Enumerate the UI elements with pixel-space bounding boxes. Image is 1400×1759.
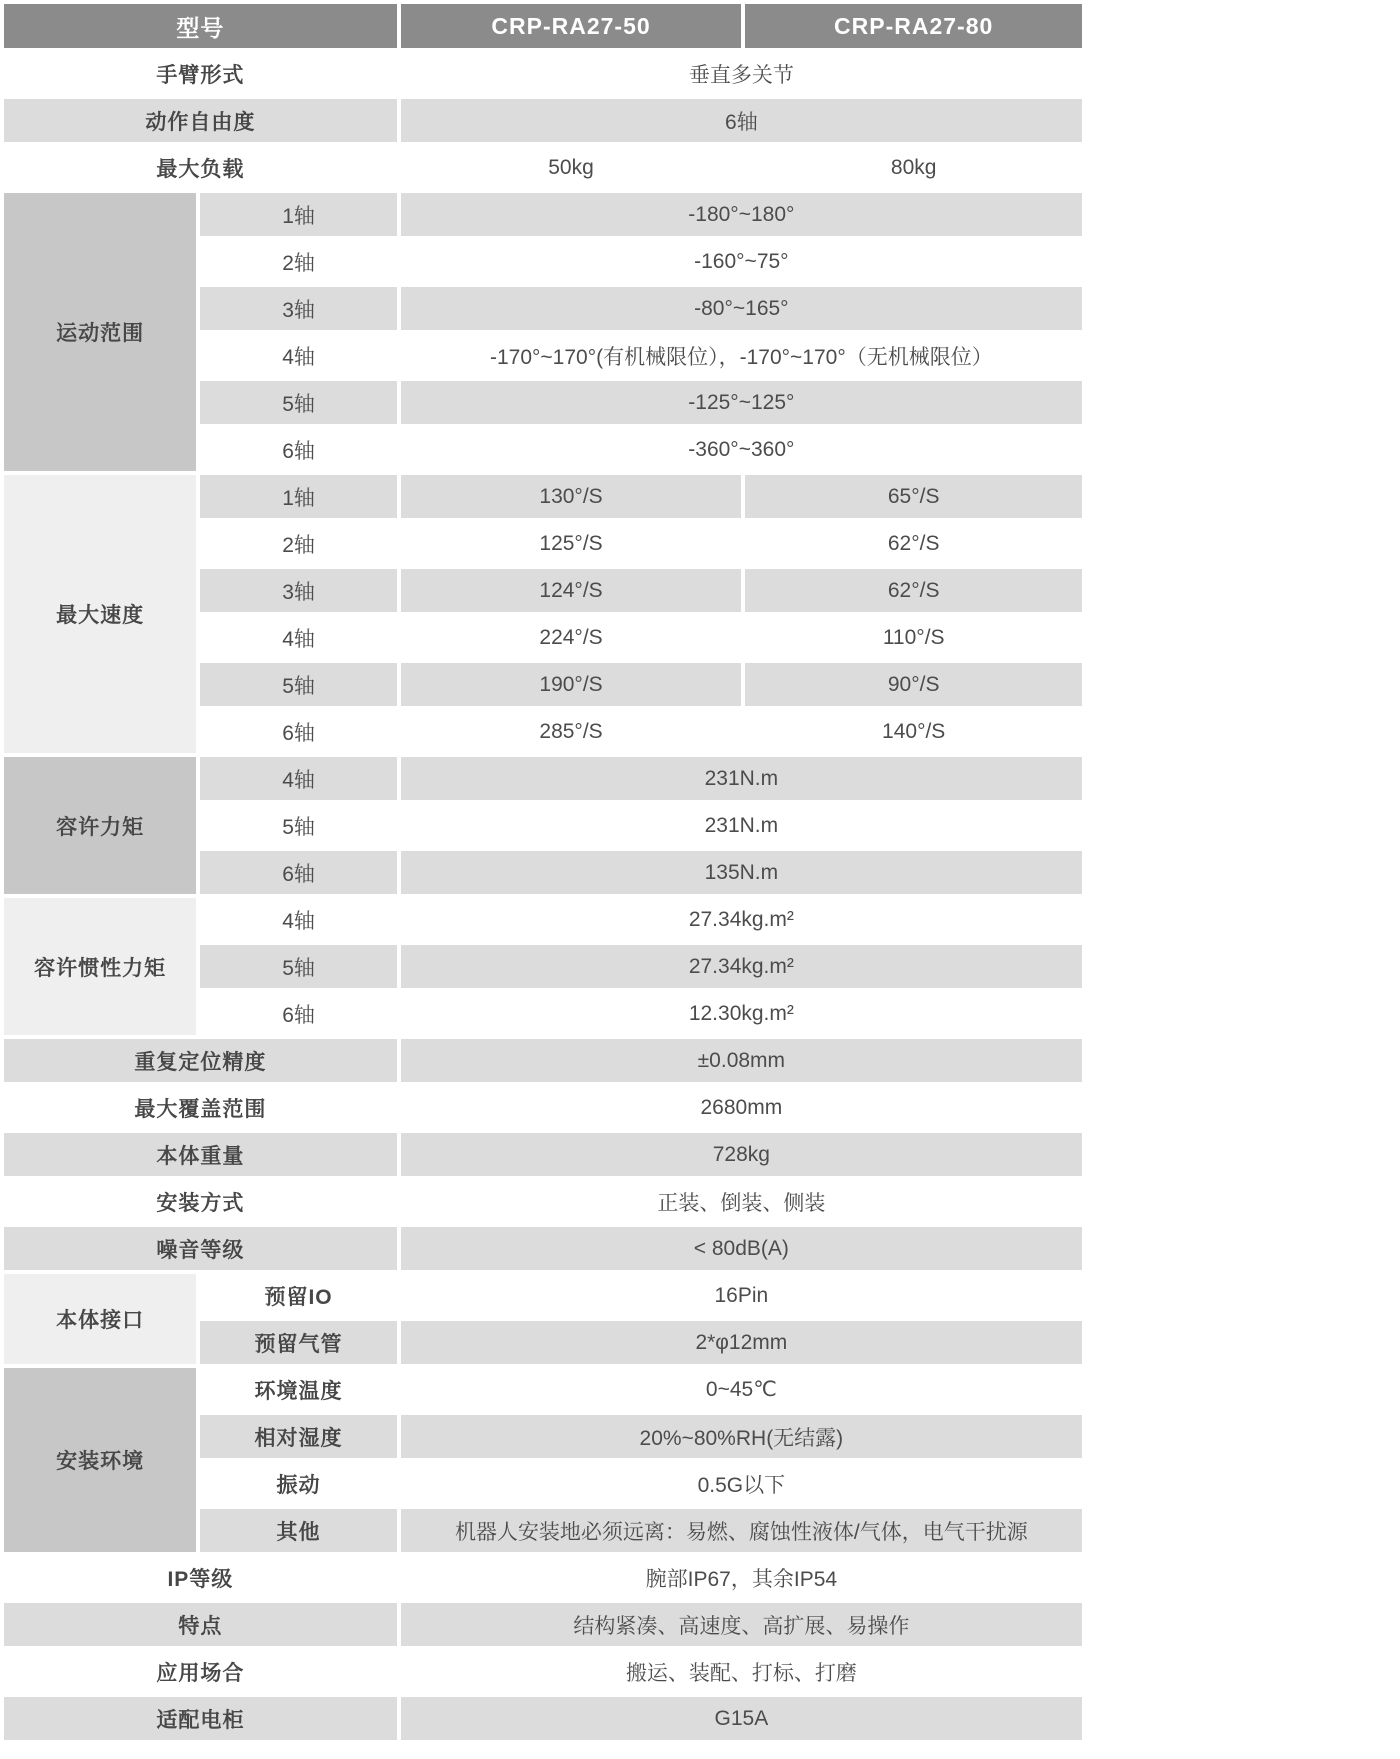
group-label: 容许惯性力矩 [4,898,196,1035]
row-value: 搬运、装配、打标、打磨 [401,1650,1082,1693]
row-value: 正装、倒装、侧装 [401,1180,1082,1223]
table-row: 安装环境环境温度0~45℃ [4,1368,1082,1411]
row-value: 728kg [401,1133,1082,1176]
row-value: 12.30kg.m² [401,992,1082,1035]
row-value: 140°/S [745,710,1082,753]
row-sublabel: 振动 [200,1462,396,1505]
row-value: 27.34kg.m² [401,945,1082,988]
row-sublabel: 预留气管 [200,1321,396,1364]
table-header-row: 型号 CRP-RA27-50 CRP-RA27-80 [4,4,1082,48]
row-value: -360°~360° [401,428,1082,471]
row-value: 125°/S [401,522,742,565]
robot-spec-table: 型号 CRP-RA27-50 CRP-RA27-80 手臂形式垂直多关节动作自由… [0,0,1086,1744]
row-value: G15A [401,1697,1082,1740]
table-row: 本体重量728kg [4,1133,1082,1176]
row-sublabel: 3轴 [200,287,396,330]
table-row: 容许惯性力矩4轴27.34kg.m² [4,898,1082,941]
row-sublabel: 相对湿度 [200,1415,396,1458]
header-model-crp-ra27-50: CRP-RA27-50 [401,4,742,48]
row-label: 安装方式 [4,1180,397,1223]
row-sublabel: 1轴 [200,193,396,236]
table-row: 容许力矩4轴231N.m [4,757,1082,800]
row-value: 135N.m [401,851,1082,894]
row-sublabel: 6轴 [200,851,396,894]
row-value: 机器人安装地必须远离：易燃、腐蚀性液体/气体，电气干扰源 [401,1509,1082,1552]
row-sublabel: 5轴 [200,663,396,706]
row-sublabel: 2轴 [200,522,396,565]
table-row: 本体接口预留IO16Pin [4,1274,1082,1317]
row-label: 应用场合 [4,1650,397,1693]
row-value: ±0.08mm [401,1039,1082,1082]
row-label: 噪音等级 [4,1227,397,1270]
row-sublabel: 预留IO [200,1274,396,1317]
row-value: -160°~75° [401,240,1082,283]
row-value: 2680mm [401,1086,1082,1129]
table-row: 重复定位精度±0.08mm [4,1039,1082,1082]
row-value: 62°/S [745,569,1082,612]
row-value: 224°/S [401,616,742,659]
table-row: 最大速度1轴130°/S65°/S [4,475,1082,518]
row-value: 结构紧凑、高速度、高扩展、易操作 [401,1603,1082,1646]
group-label: 最大速度 [4,475,196,753]
row-sublabel: 5轴 [200,381,396,424]
row-sublabel: 1轴 [200,475,396,518]
row-value: 20%~80%RH(无结露) [401,1415,1082,1458]
row-value: -80°~165° [401,287,1082,330]
row-sublabel: 6轴 [200,992,396,1035]
row-label: 适配电柜 [4,1697,397,1740]
group-label: 运动范围 [4,193,196,471]
row-sublabel: 环境温度 [200,1368,396,1411]
row-label: 最大负载 [4,146,397,189]
row-value: 27.34kg.m² [401,898,1082,941]
row-sublabel: 5轴 [200,804,396,847]
row-value: 50kg [401,146,742,189]
row-sublabel: 4轴 [200,334,396,377]
row-label: IP等级 [4,1556,397,1599]
row-sublabel: 6轴 [200,428,396,471]
row-value: 16Pin [401,1274,1082,1317]
row-value: 2*φ12mm [401,1321,1082,1364]
row-sublabel: 3轴 [200,569,396,612]
row-value: 190°/S [401,663,742,706]
table-row: 最大负载50kg80kg [4,146,1082,189]
table-row: 运动范围1轴-180°~180° [4,193,1082,236]
row-value: -170°~170°(有机械限位），-170°~170°（无机械限位） [401,334,1082,377]
row-sublabel: 2轴 [200,240,396,283]
group-label: 容许力矩 [4,757,196,894]
group-label: 本体接口 [4,1274,196,1364]
row-value: -180°~180° [401,193,1082,236]
row-value: 90°/S [745,663,1082,706]
row-label: 特点 [4,1603,397,1646]
table-row: 最大覆盖范围2680mm [4,1086,1082,1129]
robot-spec-page: 型号 CRP-RA27-50 CRP-RA27-80 手臂形式垂直多关节动作自由… [0,0,1400,1759]
header-model-crp-ra27-80: CRP-RA27-80 [745,4,1082,48]
row-value: 腕部IP67，其余IP54 [401,1556,1082,1599]
row-value: 285°/S [401,710,742,753]
row-label: 手臂形式 [4,52,397,95]
table-row: 手臂形式垂直多关节 [4,52,1082,95]
row-value: 6轴 [401,99,1082,142]
row-sublabel: 6轴 [200,710,396,753]
row-label: 重复定位精度 [4,1039,397,1082]
row-sublabel: 5轴 [200,945,396,988]
table-row: IP等级腕部IP67，其余IP54 [4,1556,1082,1599]
row-value: 231N.m [401,804,1082,847]
table-row: 适配电柜G15A [4,1697,1082,1740]
row-sublabel: 其他 [200,1509,396,1552]
row-value: 130°/S [401,475,742,518]
row-label: 动作自由度 [4,99,397,142]
row-value: 0.5G以下 [401,1462,1082,1505]
row-value: 65°/S [745,475,1082,518]
row-value: 110°/S [745,616,1082,659]
header-model-label: 型号 [4,4,397,48]
table-row: 安装方式正装、倒装、侧装 [4,1180,1082,1223]
row-sublabel: 4轴 [200,616,396,659]
row-value: < 80dB(A) [401,1227,1082,1270]
table-row: 噪音等级< 80dB(A) [4,1227,1082,1270]
row-value: 0~45℃ [401,1368,1082,1411]
row-value: -125°~125° [401,381,1082,424]
row-label: 最大覆盖范围 [4,1086,397,1129]
row-value: 62°/S [745,522,1082,565]
row-sublabel: 4轴 [200,898,396,941]
table-row: 动作自由度6轴 [4,99,1082,142]
row-value: 231N.m [401,757,1082,800]
row-value: 80kg [745,146,1082,189]
row-label: 本体重量 [4,1133,397,1176]
group-label: 安装环境 [4,1368,196,1552]
row-value: 124°/S [401,569,742,612]
table-row: 特点结构紧凑、高速度、高扩展、易操作 [4,1603,1082,1646]
row-value: 垂直多关节 [401,52,1082,95]
row-sublabel: 4轴 [200,757,396,800]
table-row: 应用场合搬运、装配、打标、打磨 [4,1650,1082,1693]
